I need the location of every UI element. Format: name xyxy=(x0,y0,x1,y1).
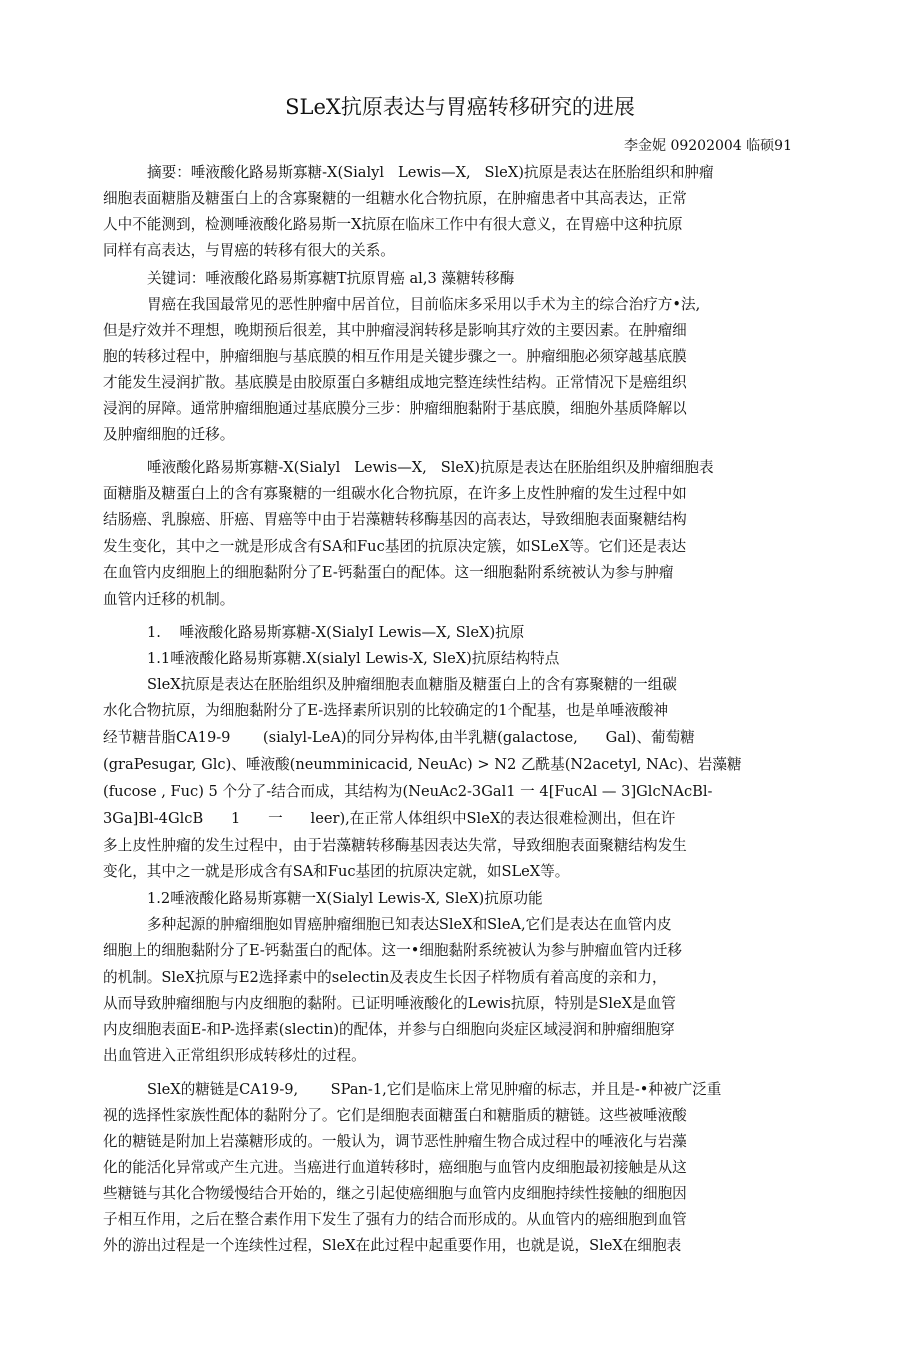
section-heading: 1. 唾液酸化路易斯寡糖-X(SialyI Lewis—X, SleX)抗原 xyxy=(147,622,524,644)
body-line: 化的糖链是附加上岩藻糖形成的。一般认为，调节恶性肿瘤生物合成过程中的唾液化与岩藻 xyxy=(103,1131,687,1153)
body-line: 结肠癌、乳腺癌、肝癌、胃癌等中由于岩藻糖转移酶基因的高表达，导致细胞表面聚糖结构 xyxy=(103,509,687,531)
body-line: 外的游出过程是一个连续性过程，SleX在此过程中起重要作用，也就是说，SleX在… xyxy=(103,1235,681,1257)
document-title: SLeX抗原表达与胃癌转移研究的进展 xyxy=(0,93,920,121)
body-line: 化的能活化异常或产生亢进。当癌进行血道转移时，癌细胞与血管内皮细胞最初接触是从这 xyxy=(103,1157,687,1179)
body-line: 及肿瘤细胞的迁移。 xyxy=(103,424,234,446)
body-line: 变化，其中之一就是形成含有SA和Fuc基团的抗原决定就，如SLeX等。 xyxy=(103,861,569,883)
body-line: 发生变化，其中之一就是形成含有SA和Fuc基团的抗原决定簇，如SLeX等。它们还… xyxy=(103,536,686,558)
document-page: SLeX抗原表达与胃癌转移研究的进展 李金妮 09202004 临硕91 摘要：… xyxy=(0,0,920,1361)
body-line: 子相互作用，之后在整合素作用下发生了强有力的结合而形成的。从血管内的癌细胞到血管 xyxy=(103,1209,687,1231)
abstract-line: 摘要：唾液酸化路易斯寡糖-X(Sialyl Lewis—X, SleX)抗原是表… xyxy=(147,162,714,184)
subsection-heading: 1.2唾液酸化路易斯寡糖一X(Sialyl Lewis-X, SleX)抗原功能 xyxy=(147,888,543,910)
body-line: 水化合物抗原，为细胞黏附分了E-选择素所识别的比较确定的1个配基，也是单唾液酸神 xyxy=(103,700,668,722)
body-line: 才能发生浸润扩散。基底膜是由胶原蛋白多糖组成地完整连续性结构。正常情况下是癌组织 xyxy=(103,372,687,394)
body-line: 但是疗效并不理想，晚期预后很差，其中肿瘤浸润转移是影响其疗效的主要因素。在肿瘤细 xyxy=(103,320,687,342)
abstract-line: 细胞表面糖脂及糖蛋白上的含寡聚糖的一组糖水化合物抗原，在肿瘤患者中其高表达，正常 xyxy=(103,188,687,210)
abstract-line: 同样有高表达，与胃癌的转移有很大的关系。 xyxy=(103,240,395,262)
body-line: 浸润的屏障。通常肿瘤细胞通过基底膜分三步：肿瘤细胞黏附于基底膜，细胞外基质降解以 xyxy=(103,398,687,420)
body-line: SleX抗原是表达在胚胎组织及肿瘤细胞表血糖脂及糖蛋白上的含有寡聚糖的一组碳 xyxy=(147,674,677,696)
abstract-line: 人中不能测到，检测唾液酸化路易斯一X抗原在临床工作中有很大意义，在胃癌中这种抗原 xyxy=(103,214,683,236)
body-line: 从而导致肿瘤细胞与内皮细胞的黏附。已证明唾液酸化的Lewis抗原，特别是SleX… xyxy=(103,993,676,1015)
body-line: 胃癌在我国最常见的恶性肿瘤中居首位，目前临床多采用以手术为主的综合治疗方•法, xyxy=(147,294,700,316)
subsection-heading: 1.1唾液酸化路易斯寡糖.X(sialyl Lewis-X, SleX)抗原结构… xyxy=(147,648,559,670)
body-line: 胞的转移过程中，肿瘤细胞与基底膜的相互作用是关键步骤之一。肿瘤细胞必须穿越基底膜 xyxy=(103,346,687,368)
body-line: 面糖脂及糖蛋白上的含有寡聚糖的一组碳水化合物抗原，在许多上皮性肿瘤的发生过程中如 xyxy=(103,483,687,505)
body-line: 多种起源的肿瘤细胞如胃癌肿瘤细胞已知表达SleX和SleA,它们是表达在血管内皮 xyxy=(147,914,672,936)
body-line: 在血管内皮细胞上的细胞黏附分了E-钙黏蛋白的配体。这一细胞黏附系统被认为参与肿瘤 xyxy=(103,562,673,584)
body-line: 经节糖昔脂CA19-9 (sialyl-LeA)的同分异构体,由半乳糖(gala… xyxy=(103,727,695,749)
body-line: (fucose , Fuc) 5 个分了-结合而成，其结构为(NeuAc2-3G… xyxy=(103,781,712,803)
body-line: 唾液酸化路易斯寡糖-X(Sialyl Lewis—X, SleX)抗原是表达在胚… xyxy=(147,457,714,479)
body-line: 内皮细胞表面E-和P-选择素(slectin)的配体，并参与白细胞向炎症区域浸润… xyxy=(103,1019,675,1041)
body-line: 3Ga]Bl-4GlcB 1 一 leer),在正常人体组织中SleX的表达很难… xyxy=(103,808,675,830)
body-line: (graPesugar, Glc)、唾液酸(neumminicacid, Neu… xyxy=(103,754,742,776)
author-line: 李金妮 09202004 临硕91 xyxy=(624,135,792,157)
body-line: 血管内迁移的机制。 xyxy=(103,589,234,611)
body-line: 些糖链与其化合物缓慢结合开始的，继之引起使癌细胞与血管内皮细胞持续性接触的细胞因 xyxy=(103,1183,687,1205)
body-line: SleX的糖链是CA19-9, SPan-1,它们是临床上常见肿瘤的标志，并且是… xyxy=(147,1079,721,1101)
keywords-line: 关键词：唾液酸化路易斯寡糖T抗原胃癌 al,3 藻糖转移酶 xyxy=(147,268,514,290)
body-line: 的机制。SleX抗原与E2选择素中的selectin及表皮生长因子样物质有着高度… xyxy=(103,967,667,989)
body-line: 视的选择性家族性配体的黏附分了。它们是细胞表面糖蛋白和糖脂质的糖链。这些被唾液酸 xyxy=(103,1105,687,1127)
body-line: 出血管进入正常组织形成转移灶的过程。 xyxy=(103,1045,366,1067)
body-line: 多上皮性肿瘤的发生过程中，由于岩藻糖转移酶基因表达失常，导致细胞表面聚糖结构发生 xyxy=(103,835,687,857)
body-line: 细胞上的细胞黏附分了E-钙黏蛋白的配体。这一•细胞黏附系统被认为参与肿瘤血管内迁… xyxy=(103,940,682,962)
